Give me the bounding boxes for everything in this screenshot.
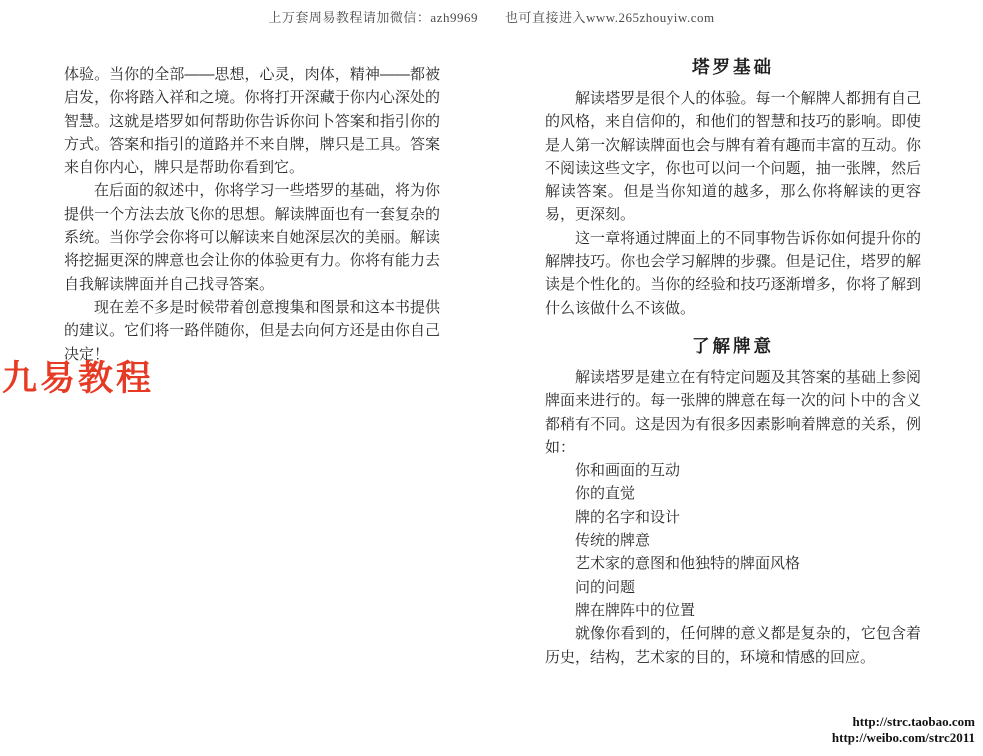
factor-item: 牌的名字和设计 [545,506,921,529]
factor-item: 问的问题 [545,576,921,599]
factor-item: 你和画面的互动 [545,459,921,482]
watermark-text: 九易教程 [2,360,154,398]
section-title-card-meanings: 了解牌意 [545,334,921,358]
factor-item: 传统的牌意 [545,529,921,552]
factor-item: 你的直觉 [545,482,921,505]
right-paragraph-1: 解读塔罗是很个人的体验。每一个解牌人都拥有自己的风格，来自信仰的，和他们的智慧和… [545,87,921,227]
factor-item: 艺术家的意图和他独特的牌面风格 [545,552,921,575]
right-paragraph-2: 这一章将通过牌面上的不同事物告诉你如何提升你的解牌技巧。你也会学习解牌的步骤。但… [545,227,921,320]
left-text-column: 体验。当你的全部——思想，心灵，肉体，精神——都被启发，你将踏入祥和之境。你将打… [64,63,440,366]
right-paragraph-3: 解读塔罗是建立在有特定问题及其答案的基础上参阅牌面来进行的。每一张牌的牌意在每一… [545,366,921,459]
scanned-book-page: 上万套周易教程请加微信：azh9969 也可直接进入www.265zhouyiw… [0,0,983,756]
footer-link-weibo: http://weibo.com/strc2011 [832,730,975,746]
section-title-tarot-basics: 塔罗基础 [545,55,921,79]
right-text-column: 塔罗基础 解读塔罗是很个人的体验。每一个解牌人都拥有自己的风格，来自信仰的，和他… [545,55,921,669]
right-paragraph-4: 就像你看到的，任何牌的意义都是复杂的，它包含着历史，结构，艺术家的目的，环境和情… [545,622,921,669]
factor-item: 牌在牌阵中的位置 [545,599,921,622]
footer-link-taobao: http://strc.taobao.com [832,714,975,730]
left-paragraph-1: 体验。当你的全部——思想，心灵，肉体，精神——都被启发，你将踏入祥和之境。你将打… [64,63,440,179]
left-paragraph-3: 现在差不多是时候带着创意搜集和图景和这本书提供的建议。它们将一路伴随你，但是去向… [64,296,440,366]
footer-links: http://strc.taobao.com http://weibo.com/… [832,714,975,746]
left-paragraph-2: 在后面的叙述中，你将学习一些塔罗的基础，将为你提供一个方法去放飞你的思想。解读牌… [64,179,440,295]
header-promo-text: 上万套周易教程请加微信：azh9969 也可直接进入www.265zhouyiw… [0,7,983,26]
